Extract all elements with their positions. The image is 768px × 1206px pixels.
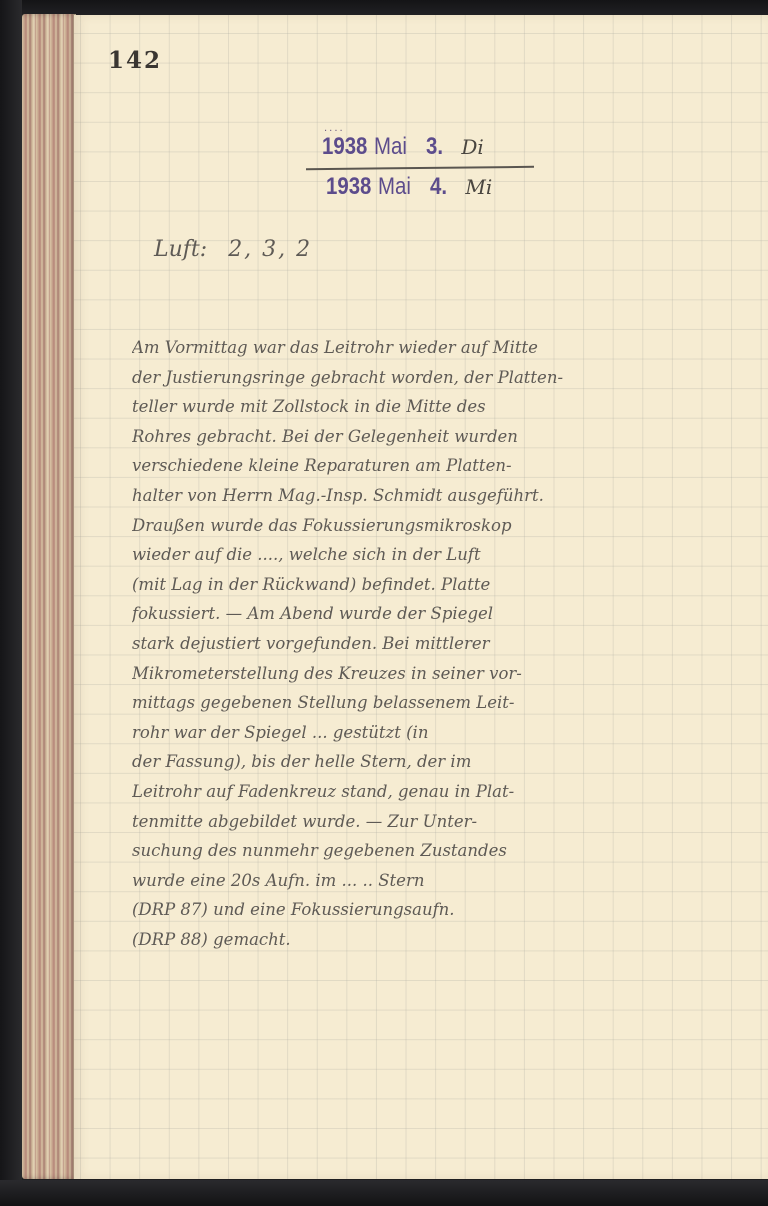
page-edges-stack — [22, 14, 76, 1179]
notebook-page: 142 .... 1938 Mai 3. Di 1938 Mai 4. Mi L… — [74, 15, 768, 1179]
entry-line: wurde eine 20s Aufn. im ... .. Stern — [132, 866, 760, 896]
entry-line: (DRP 87) und eine Fokussierungsaufn. — [132, 895, 760, 925]
journal-entry: Am Vormittag war das Leitrohr wieder auf… — [132, 333, 760, 954]
entry-line: Draußen wurde das Fokussierungsmikroskop — [132, 511, 760, 541]
page-number: 142 — [108, 47, 162, 74]
entry-line: (DRP 88) gemacht. — [132, 925, 760, 955]
entry-line: wieder auf die ...., welche sich in der … — [132, 540, 760, 570]
entry-line: rohr war der Spiegel ... gestützt (in — [132, 718, 760, 748]
stamp-day: 4. — [430, 173, 447, 201]
entry-line: Rohres gebracht. Bei der Gelegenheit wur… — [132, 422, 760, 452]
entry-line: fokussiert. — Am Abend wurde der Spiegel — [132, 599, 760, 629]
entry-line: Leitrohr auf Fadenkreuz stand, genau in … — [132, 777, 760, 807]
date-stamp-1: 1938 Mai 3. Di — [322, 133, 484, 163]
entry-line: Am Vormittag war das Leitrohr wieder auf… — [132, 333, 760, 363]
entry-line: suchung des nunmehr gegebenen Zustandes — [132, 836, 760, 866]
stamp-year: 1938 — [322, 133, 367, 161]
stamp-weekday: Mi — [465, 175, 492, 199]
weather-label: Luft: — [154, 237, 207, 262]
entry-line: (mit Lag in der Rückwand) befindet. Plat… — [132, 570, 760, 600]
entry-line: verschiedene kleine Reparaturen am Platt… — [132, 451, 760, 481]
entry-line: teller wurde mit Zollstock in die Mitte … — [132, 392, 760, 422]
entry-line: halter von Herrn Mag.-Insp. Schmidt ausg… — [132, 481, 760, 511]
stamp-month: Mai — [378, 173, 411, 201]
entry-line: Mikrometerstellung des Kreuzes in seiner… — [132, 659, 760, 689]
date-stamp-block: .... 1938 Mai 3. Di 1938 Mai 4. Mi — [306, 123, 541, 213]
weather-note: Luft: 2, 3, 2 — [154, 237, 312, 262]
notebook-cover-left — [0, 0, 22, 1206]
stamp-divider-line — [306, 166, 534, 170]
stamp-year: 1938 — [326, 173, 371, 201]
stamp-day: 3. — [426, 133, 443, 161]
entry-line: mittags gegebenen Stellung belassenem Le… — [132, 688, 760, 718]
entry-line: tenmitte abgebildet wurde. — Zur Unter- — [132, 807, 760, 837]
weather-value: 2, 3, 2 — [228, 237, 312, 262]
date-stamp-2: 1938 Mai 4. Mi — [326, 173, 492, 203]
entry-line: der Justierungsringe gebracht worden, de… — [132, 363, 760, 393]
stamp-weekday: Di — [461, 135, 483, 159]
entry-line: der Fassung), bis der helle Stern, der i… — [132, 747, 760, 777]
notebook-cover-bottom — [0, 1180, 768, 1206]
stamp-month: Mai — [374, 133, 407, 161]
entry-line: stark dejustiert vorgefunden. Bei mittle… — [132, 629, 760, 659]
